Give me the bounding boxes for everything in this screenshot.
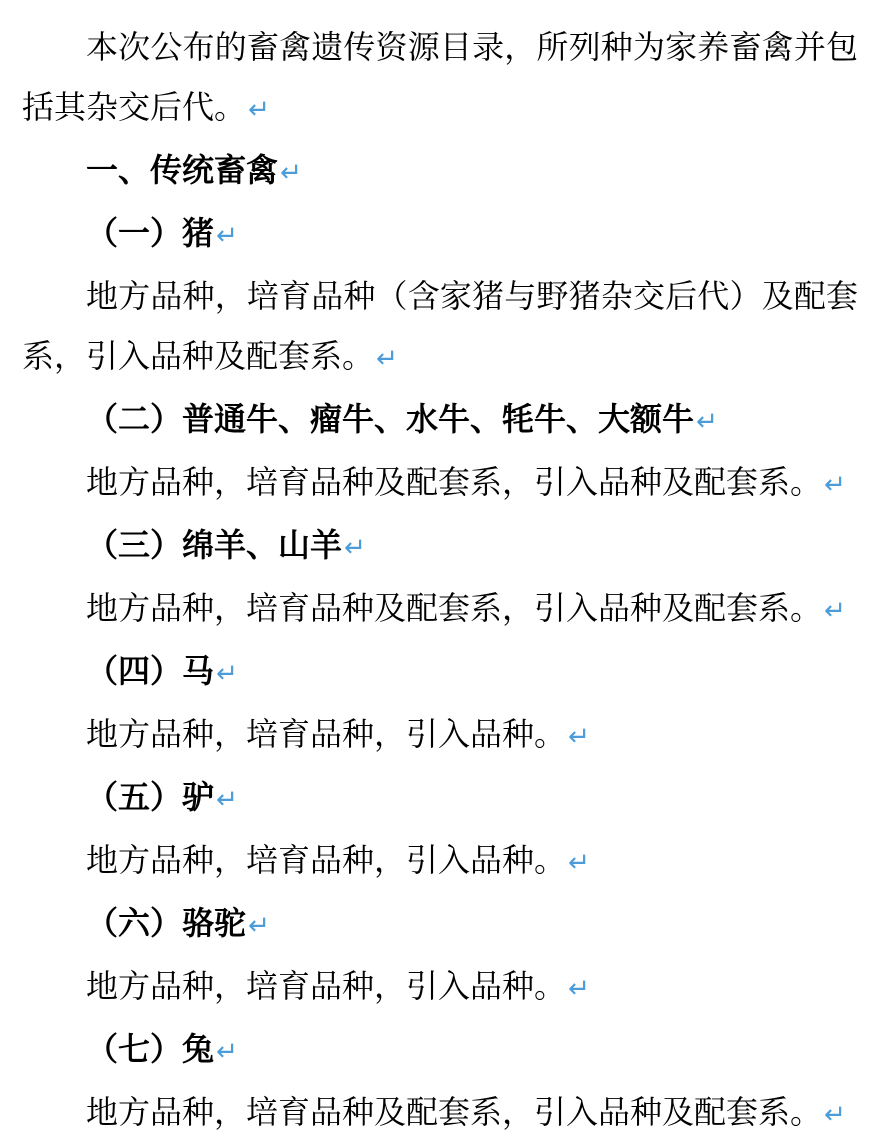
item-heading-cattle: （二）普通牛、瘤牛、水牛、牦牛、大额牛↵ bbox=[22, 389, 858, 452]
paragraph-text: 地方品种，培育品种，引入品种。 bbox=[86, 716, 566, 752]
item-heading-camel: （六）骆驼↵ bbox=[22, 893, 858, 956]
paragraph-text: 地方品种，培育品种及配套系，引入品种及配套系。 bbox=[86, 590, 822, 626]
document-page: 本次公布的畜禽遗传资源目录，所列种为家养畜禽并包括其杂交后代。↵ 一、传统畜禽↵… bbox=[0, 0, 880, 1145]
item-heading-pig: （一）猪↵ bbox=[22, 203, 858, 266]
item-desc-donkey: 地方品种，培育品种，引入品种。↵ bbox=[22, 830, 858, 893]
paragraph-return-icon: ↵ bbox=[214, 221, 238, 251]
heading-text: （二）普通牛、瘤牛、水牛、牦牛、大额牛 bbox=[86, 401, 694, 437]
paragraph-return-icon: ↵ bbox=[214, 659, 238, 689]
item-heading-donkey: （五）驴↵ bbox=[22, 767, 858, 830]
heading-text: （六）骆驼 bbox=[86, 905, 246, 941]
paragraph-text: 地方品种，培育品种及配套系，引入品种及配套系。 bbox=[86, 464, 822, 500]
heading-text: 一、传统畜禽 bbox=[86, 152, 278, 188]
paragraph-return-icon: ↵ bbox=[214, 1037, 238, 1067]
item-heading-sheep-goat: （三）绵羊、山羊↵ bbox=[22, 515, 858, 578]
item-desc-cattle: 地方品种，培育品种及配套系，引入品种及配套系。↵ bbox=[22, 452, 858, 515]
paragraph-return-icon: ↵ bbox=[342, 533, 366, 563]
heading-text: （四）马 bbox=[86, 653, 214, 689]
paragraph-text: 本次公布的畜禽遗传资源目录，所列种为家养畜禽并包括其杂交后代。 bbox=[22, 29, 858, 125]
item-desc-rabbit: 地方品种，培育品种及配套系，引入品种及配套系。↵ bbox=[22, 1082, 858, 1145]
paragraph-text: 地方品种，培育品种，引入品种。 bbox=[86, 968, 566, 1004]
heading-text: （七）兔 bbox=[86, 1031, 214, 1067]
paragraph-text: 地方品种，培育品种，引入品种。 bbox=[86, 842, 566, 878]
section-heading-traditional-livestock: 一、传统畜禽↵ bbox=[22, 140, 858, 203]
paragraph-return-icon: ↵ bbox=[214, 785, 238, 815]
item-heading-rabbit: （七）兔↵ bbox=[22, 1019, 858, 1082]
heading-text: （一）猪 bbox=[86, 215, 214, 251]
paragraph-text: 地方品种，培育品种及配套系，引入品种及配套系。 bbox=[86, 1094, 822, 1130]
paragraph-return-icon: ↵ bbox=[278, 158, 302, 188]
heading-text: （三）绵羊、山羊 bbox=[86, 527, 342, 563]
paragraph-return-icon: ↵ bbox=[246, 95, 270, 125]
item-desc-camel: 地方品种，培育品种，引入品种。↵ bbox=[22, 956, 858, 1019]
paragraph-text: 地方品种，培育品种（含家猪与野猪杂交后代）及配套系，引入品种及配套系。 bbox=[22, 278, 858, 374]
heading-text: （五）驴 bbox=[86, 779, 214, 815]
item-heading-horse: （四）马↵ bbox=[22, 641, 858, 704]
item-desc-horse: 地方品种，培育品种，引入品种。↵ bbox=[22, 704, 858, 767]
paragraph-return-icon: ↵ bbox=[822, 596, 846, 626]
paragraph-return-icon: ↵ bbox=[694, 407, 718, 437]
item-desc-sheep-goat: 地方品种，培育品种及配套系，引入品种及配套系。↵ bbox=[22, 578, 858, 641]
paragraph-return-icon: ↵ bbox=[566, 848, 590, 878]
paragraph-intro: 本次公布的畜禽遗传资源目录，所列种为家养畜禽并包括其杂交后代。↵ bbox=[22, 17, 858, 140]
paragraph-return-icon: ↵ bbox=[246, 911, 270, 941]
item-desc-pig: 地方品种，培育品种（含家猪与野猪杂交后代）及配套系，引入品种及配套系。↵ bbox=[22, 266, 858, 389]
paragraph-return-icon: ↵ bbox=[822, 470, 846, 500]
paragraph-return-icon: ↵ bbox=[822, 1100, 846, 1130]
paragraph-return-icon: ↵ bbox=[566, 722, 590, 752]
paragraph-return-icon: ↵ bbox=[374, 344, 398, 374]
paragraph-return-icon: ↵ bbox=[566, 974, 590, 1004]
